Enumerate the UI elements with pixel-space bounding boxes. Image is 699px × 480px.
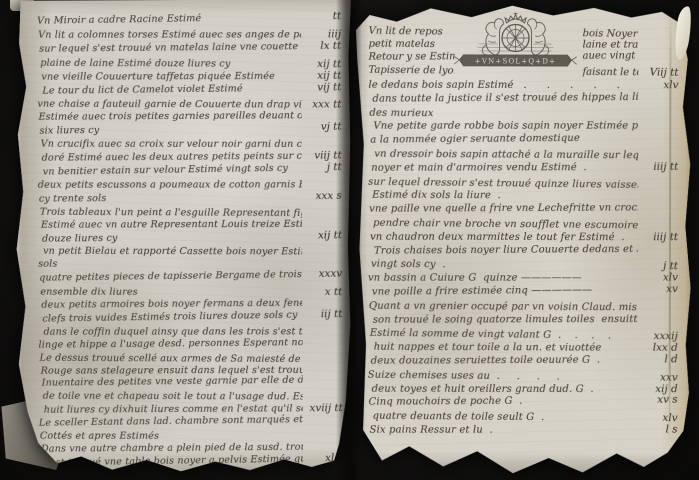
right-page-text: le dedans bois sapin Estimé . . . . .xlv… — [367, 79, 678, 439]
left-page-paper: Vn Miroir a cadre Racine EstiméttVn lit … — [7, 0, 353, 479]
manuscript-line: douze liures cyxij tt — [38, 229, 342, 246]
line-amount: lx tt — [301, 40, 341, 53]
line-text: cy trente sols — [38, 191, 302, 206]
left-page: Vn Miroir a cadre Racine EstiméttVn lit … — [7, 0, 353, 479]
manuscript-line: quatre petites pieces de tapisserie Berg… — [38, 268, 342, 286]
manuscript-scan: Vn Miroir a cadre Racine EstiméttVn lit … — [0, 0, 699, 480]
line-amount: iij tt — [302, 308, 342, 322]
manuscript-line: cy trente solsxxx s — [38, 189, 342, 206]
line-text: son trouué le soing quatorze limules toi… — [368, 312, 638, 327]
line-amount: iiij tt — [638, 161, 678, 175]
line-text: noyer et main d'armoires vendu Estimé . — [368, 161, 638, 176]
right-page-paper: +VN+SOL+Q+D+ Vn lit de reposbois Noyer s… — [351, 2, 692, 479]
manuscript-line: six liures cyvj tt — [37, 121, 341, 139]
right-page: +VN+SOL+Q+D+ Vn lit de reposbois Noyer s… — [351, 2, 692, 479]
line-text: deux douzaines seruiettes toile oeuurée … — [368, 353, 638, 368]
line-amount: xxxv — [302, 268, 342, 281]
line-amount: xxx s — [302, 189, 342, 202]
line-text: Vn lit de repos — [368, 25, 454, 39]
line-text: vn benitier estain sur velour Estimé vin… — [38, 162, 302, 179]
line-text: auec vingt guides faisant de — [582, 49, 638, 62]
manuscript-line: Six pains Ressur et lu .l s — [367, 423, 677, 437]
manuscript-line: Trois chaises bois noyer liure Couuerte … — [368, 242, 678, 258]
line-amount: vij tt — [301, 81, 341, 94]
line-text: dans toutte la justice il s'est trouué d… — [368, 91, 638, 107]
line-text: six liures cy — [37, 122, 301, 138]
line-text: a la nommée ogier seruante domestique — [368, 131, 638, 147]
line-text: s'est trouué vne table bois noyer a pelv… — [39, 453, 303, 470]
line-text: Six pains Ressur et lu . — [367, 423, 637, 437]
line-text: cy — [39, 470, 303, 480]
manuscript-line: Le tour du lict de Camelot violet Estimé… — [37, 81, 341, 98]
line-text: Tapisserie de lyon — [368, 64, 454, 78]
line-text: quatre petites pieces de tapisserie Berg… — [38, 269, 302, 285]
manuscript-line: Inuentaire des petites vne veste garnie … — [39, 375, 343, 391]
manuscript-line: vne paille vne quelle a frire vne Lechef… — [368, 201, 678, 216]
manuscript-line: Cinq mouchoirs de poche G .xv s — [368, 394, 678, 410]
tax-stamp: +VN+SOL+Q+D+ — [452, 11, 578, 75]
line-amount: Viij tt — [638, 66, 678, 79]
manuscript-line: linge et hippe a l'usage desd. personnes… — [38, 336, 342, 352]
line-text: clefs trois vuides Estimés trois liures … — [38, 309, 302, 326]
line-amount: tt — [301, 10, 341, 24]
manuscript-line: Vn Miroir a cadre Racine Estimétt — [37, 10, 341, 29]
line-text: Le sceller Estant dans lad. chambre sont… — [39, 414, 303, 430]
line-text: faisant le tout . — [582, 66, 638, 80]
manuscript-line: son trouué le soing quatorze limules toi… — [368, 312, 678, 327]
line-text: Vn Miroir a cadre Racine Estimé — [37, 11, 301, 28]
manuscript-line: sur lequel s'est trouué vn matelas laine… — [37, 40, 341, 57]
manuscript-line: Le sceller Estant dans lad. chambre sont… — [39, 414, 343, 431]
manuscript-line: cy — [39, 470, 343, 480]
manuscript-line: noyer et main d'armoires vendu Estimé .i… — [368, 161, 678, 176]
line-text: sur lequel s'est trouué vn matelas laine… — [37, 41, 301, 56]
line-text: petit matelas — [368, 38, 454, 51]
line-amount: xl s — [303, 452, 343, 466]
line-amount: j tt — [302, 161, 342, 175]
line-amount: vj tt — [301, 121, 341, 134]
line-amount: l d — [638, 353, 678, 367]
line-amount: xij tt — [302, 229, 342, 242]
line-text: vne poille a frire estimée cinq —————— — [368, 283, 638, 299]
line-amount — [303, 422, 343, 423]
line-text: Inuentaire des petites vne veste garnie … — [39, 375, 303, 391]
coat-of-arms-stamp-icon: +VN+SOL+Q+D+ — [452, 11, 578, 75]
line-amount: xv s — [638, 394, 678, 408]
line-text: Trois chaises bois noyer liure Couuerte … — [368, 242, 638, 258]
line-text: Retour y se Estimé — [368, 50, 454, 63]
line-amount: l s — [637, 423, 677, 437]
manuscript-line: dans toutte la justice il s'est trouué d… — [368, 90, 678, 106]
line-text: linge et hippe a l'usage desd. personnes… — [38, 337, 302, 352]
line-text: vne paille vne quelle a frire vne Lechef… — [368, 202, 638, 217]
manuscript-line: vne poille a frire estimée cinq ——————xv — [368, 283, 678, 300]
left-page-text: Vn Miroir a cadre Racine EstiméttVn lit … — [37, 13, 343, 480]
line-amount: xv — [638, 283, 678, 297]
stamp-banner-text: +VN+SOL+Q+D+ — [475, 57, 556, 65]
manuscript-line: deux douzaines seruiettes toile oeuurée … — [368, 353, 678, 368]
line-text: Cinq mouchoirs de poche G . — [368, 394, 638, 410]
manuscript-line: a la nommée ogier seruante domestique — [368, 131, 678, 148]
line-text: Le tour du lict de Camelot violet Estimé — [37, 82, 301, 98]
line-text: douze liures cy — [38, 230, 302, 246]
